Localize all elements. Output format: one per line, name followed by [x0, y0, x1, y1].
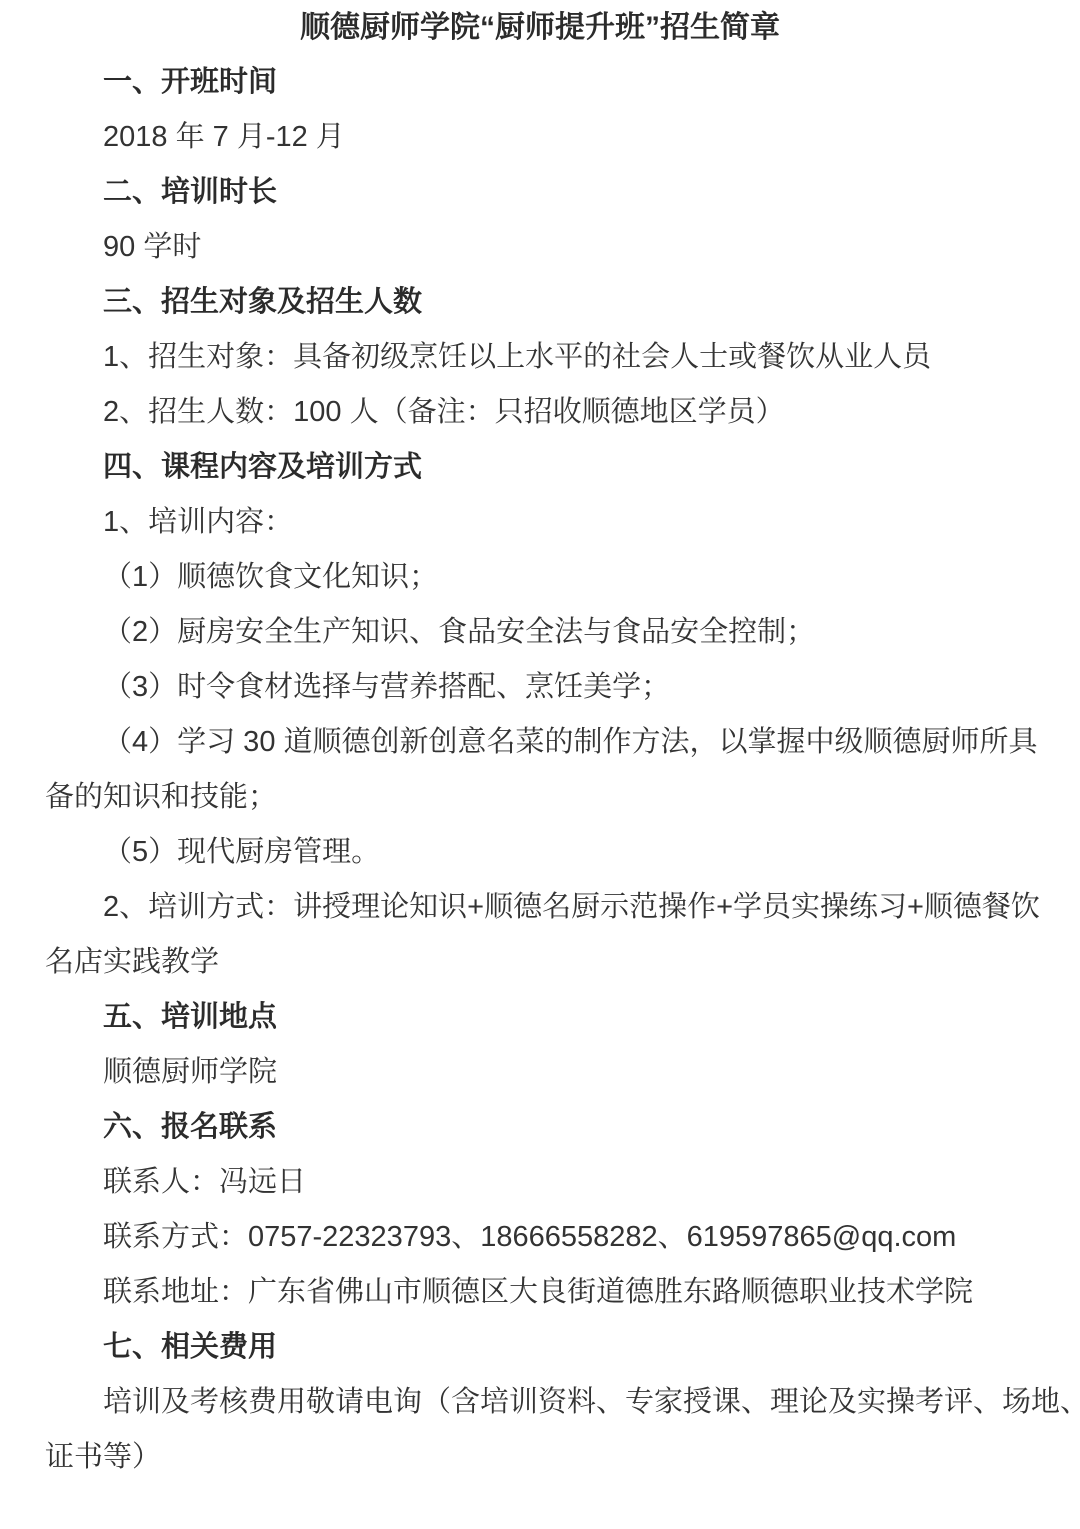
paragraph: 联系人：冯远日	[45, 1155, 1035, 1210]
paragraph-line: 2、培训方式：讲授理论知识+顺德名厨示范操作+学员实操练习+顺德餐饮	[45, 880, 1035, 935]
paragraph: （4）学习 30 道顺德创新创意名菜的制作方法，以掌握中级顺德厨师所具备的知识和…	[45, 715, 1035, 825]
paragraph: 1、培训内容：	[45, 495, 1035, 550]
section-heading: 一、开班时间	[45, 55, 1035, 110]
paragraph: 2、培训方式：讲授理论知识+顺德名厨示范操作+学员实操练习+顺德餐饮名店实践教学	[45, 880, 1035, 990]
paragraph: 90 学时	[45, 220, 1035, 275]
section-heading-text: 二、培训时长	[45, 165, 1035, 220]
paragraph-line: 联系方式：0757-22323793、18666558282、619597865…	[45, 1210, 1035, 1265]
document-title: 顺德厨师学院“厨师提升班”招生简章	[45, 0, 1035, 55]
paragraph-line: 名店实践教学	[45, 935, 1035, 990]
paragraph: 培训及考核费用敬请电询（含培训资料、专家授课、理论及实操考评、场地、证书等）	[45, 1375, 1035, 1485]
section-heading: 七、相关费用	[45, 1320, 1035, 1375]
paragraph-line: （5）现代厨房管理。	[45, 825, 1035, 880]
section-heading: 二、培训时长	[45, 165, 1035, 220]
document-body: 一、开班时间2018 年 7 月-12 月二、培训时长90 学时三、招生对象及招…	[45, 55, 1035, 1485]
paragraph: 2、招生人数：100 人（备注：只招收顺德地区学员）	[45, 385, 1035, 440]
paragraph-line: 2018 年 7 月-12 月	[45, 110, 1035, 165]
paragraph-line: 90 学时	[45, 220, 1035, 275]
paragraph-line: 联系人：冯远日	[45, 1155, 1035, 1210]
paragraph: 2018 年 7 月-12 月	[45, 110, 1035, 165]
paragraph-line: 1、培训内容：	[45, 495, 1035, 550]
document: 顺德厨师学院“厨师提升班”招生简章 一、开班时间2018 年 7 月-12 月二…	[0, 0, 1080, 1529]
paragraph-line: 证书等）	[45, 1430, 1035, 1485]
paragraph-line: 培训及考核费用敬请电询（含培训资料、专家授课、理论及实操考评、场地、	[45, 1375, 1035, 1430]
paragraph: 顺德厨师学院	[45, 1045, 1035, 1100]
paragraph-line: 顺德厨师学院	[45, 1045, 1035, 1100]
paragraph-line: （4）学习 30 道顺德创新创意名菜的制作方法，以掌握中级顺德厨师所具	[45, 715, 1035, 770]
section-heading-text: 七、相关费用	[45, 1320, 1035, 1375]
paragraph: （1）顺德饮食文化知识；	[45, 550, 1035, 605]
paragraph: 联系方式：0757-22323793、18666558282、619597865…	[45, 1210, 1035, 1265]
paragraph-line: （2）厨房安全生产知识、食品安全法与食品安全控制；	[45, 605, 1035, 660]
paragraph-line: 2、招生人数：100 人（备注：只招收顺德地区学员）	[45, 385, 1035, 440]
section-heading-text: 五、培训地点	[45, 990, 1035, 1045]
paragraph-line: 联系地址：广东省佛山市顺德区大良街道德胜东路顺德职业技术学院	[45, 1265, 1035, 1320]
section-heading: 五、培训地点	[45, 990, 1035, 1045]
section-heading-text: 六、报名联系	[45, 1100, 1035, 1155]
section-heading-text: 三、招生对象及招生人数	[45, 275, 1035, 330]
paragraph: （3）时令食材选择与营养搭配、烹饪美学；	[45, 660, 1035, 715]
paragraph: （5）现代厨房管理。	[45, 825, 1035, 880]
section-heading-text: 四、课程内容及培训方式	[45, 440, 1035, 495]
paragraph-line: 备的知识和技能；	[45, 770, 1035, 825]
section-heading-text: 一、开班时间	[45, 55, 1035, 110]
section-heading: 六、报名联系	[45, 1100, 1035, 1155]
paragraph-line: （1）顺德饮食文化知识；	[45, 550, 1035, 605]
paragraph-line: （3）时令食材选择与营养搭配、烹饪美学；	[45, 660, 1035, 715]
section-heading: 三、招生对象及招生人数	[45, 275, 1035, 330]
paragraph: （2）厨房安全生产知识、食品安全法与食品安全控制；	[45, 605, 1035, 660]
paragraph: 联系地址：广东省佛山市顺德区大良街道德胜东路顺德职业技术学院	[45, 1265, 1035, 1320]
paragraph-line: 1、招生对象：具备初级烹饪以上水平的社会人士或餐饮从业人员	[45, 330, 1035, 385]
section-heading: 四、课程内容及培训方式	[45, 440, 1035, 495]
paragraph: 1、招生对象：具备初级烹饪以上水平的社会人士或餐饮从业人员	[45, 330, 1035, 385]
